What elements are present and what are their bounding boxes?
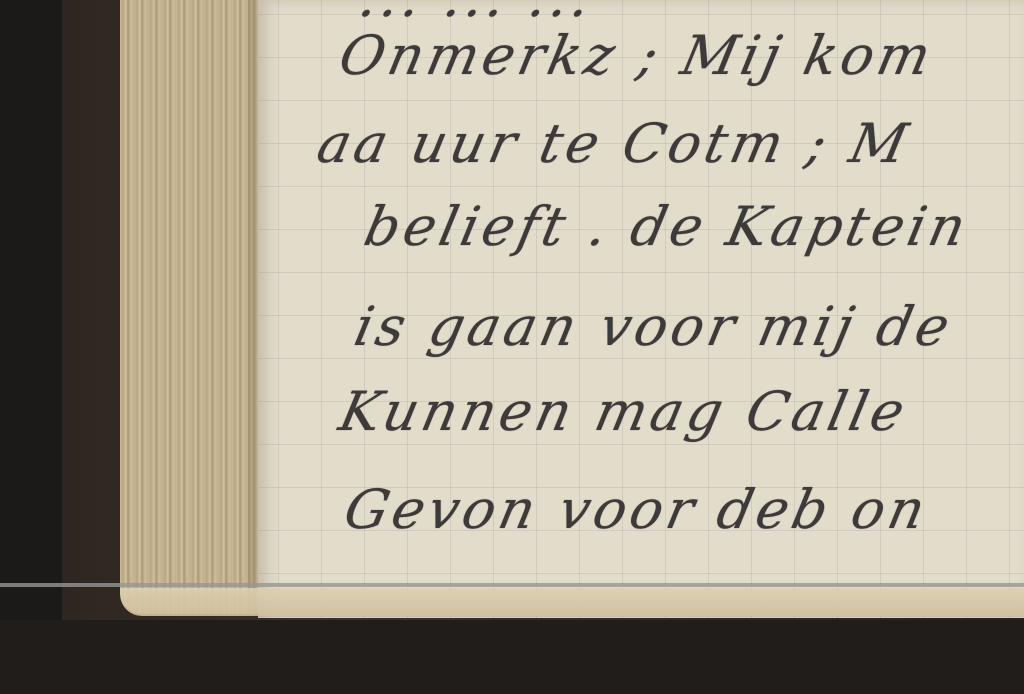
handwriting-line-2: aa uur te Cotm ; M <box>311 112 1024 182</box>
handwriting-line-3: belieft . de Kaptein <box>358 195 1024 265</box>
page-edges <box>120 0 262 614</box>
handwriting-line-6: Gevon voor deb on <box>338 478 1024 548</box>
handwriting-line-4: is gaan voor mij de <box>348 295 1024 365</box>
handwriting-line-5: Kunnen mag Calle <box>333 380 1024 450</box>
protective-sleeve-edge <box>0 583 1024 587</box>
page-bottom-edge <box>120 588 1024 616</box>
background-left <box>0 0 64 694</box>
background-bottom <box>0 620 1024 694</box>
handwriting-line-1: Onmerkz ; Mij kom <box>333 24 1024 94</box>
